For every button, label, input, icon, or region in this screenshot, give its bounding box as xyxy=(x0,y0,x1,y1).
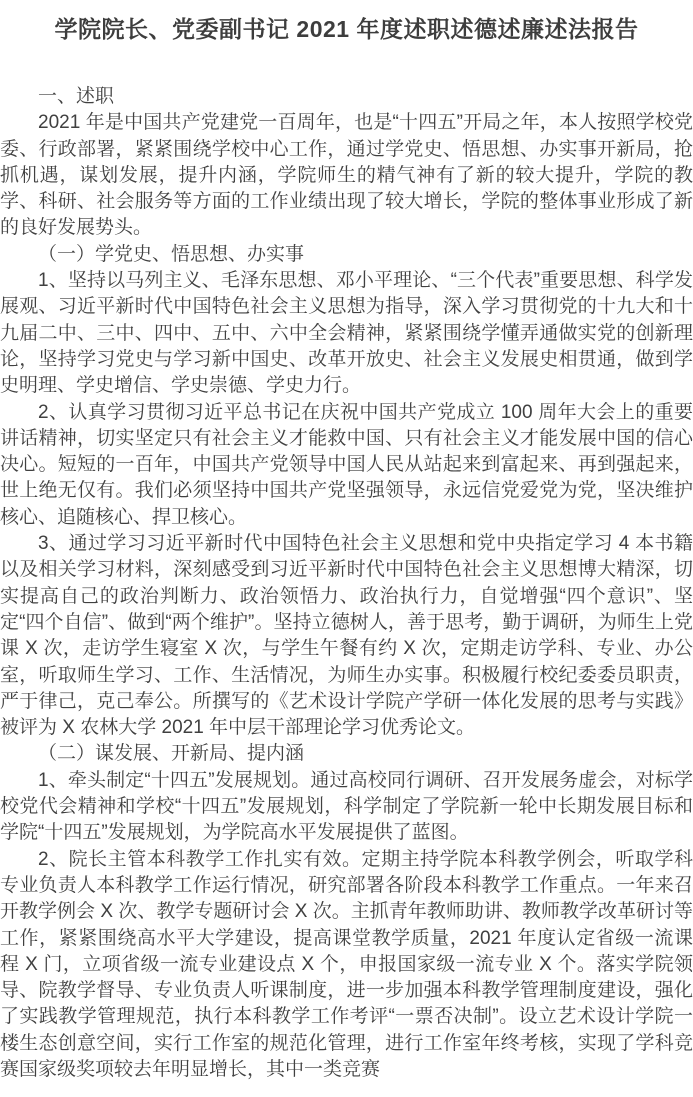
document-page: 学院院长、党委副书记 2021 年度述职述德述廉述法报告 一、述职2021 年是… xyxy=(0,0,693,1097)
paragraph-body: 2021 年是中国共产党建党一百周年，也是“十四五”开局之年，本人按照学校党委、… xyxy=(0,110,693,241)
paragraph-subsection-heading: （二）谋发展、开新局、提内涵 xyxy=(0,741,693,767)
paragraph-subsection-heading: （一）学党史、悟思想、办实事 xyxy=(0,242,693,268)
paragraph-section-heading: 一、述职 xyxy=(0,84,693,110)
paragraph-body: 1、坚持以马列主义、毛泽东思想、邓小平理论、“三个代表”重要思想、科学发展观、习… xyxy=(0,268,693,399)
document-title: 学院院长、党委副书记 2021 年度述职述德述廉述法报告 xyxy=(0,13,693,46)
paragraph-body: 3、通过学习习近平新时代中国特色社会主义思想和党中央指定学习 4 本书籍以及相关… xyxy=(0,531,693,741)
paragraph-body: 2、认真学习贯彻习近平总书记在庆祝中国共产党成立 100 周年大会上的重要讲话精… xyxy=(0,400,693,531)
document-body: 一、述职2021 年是中国共产党建党一百周年，也是“十四五”开局之年，本人按照学… xyxy=(0,84,693,1083)
paragraph-body: 2、院长主管本科教学工作扎实有效。定期主持学院本科教学例会，听取学科专业负责人本… xyxy=(0,847,693,1084)
paragraph-body: 1、牵头制定“十四五”发展规划。通过高校同行调研、召开发展务虚会，对标学校党代会… xyxy=(0,768,693,847)
